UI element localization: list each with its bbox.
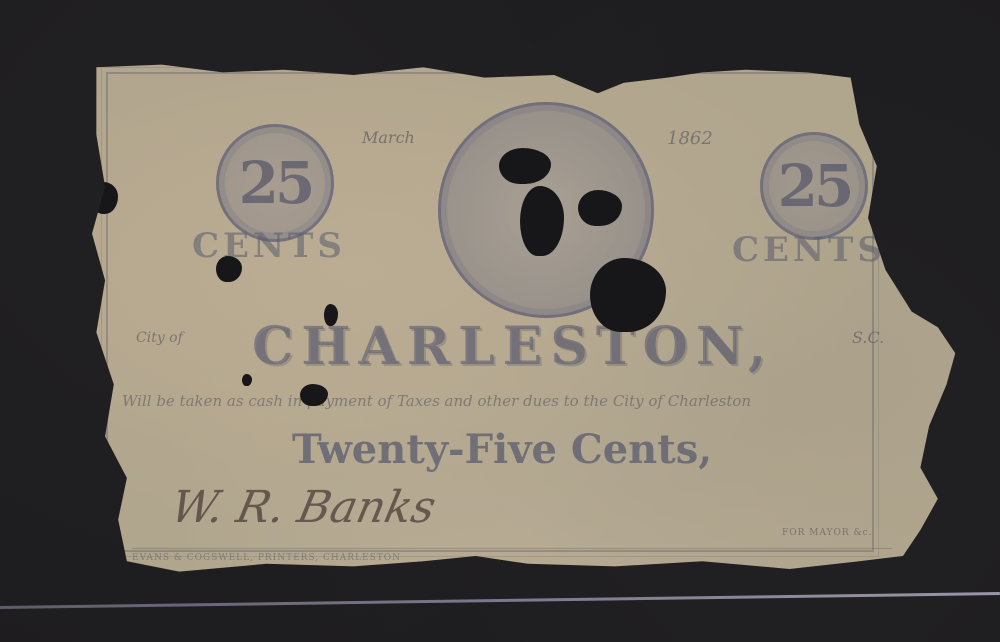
- printer-imprint: EVANS & COGSWELL, PRINTERS, CHARLESTON: [132, 548, 892, 563]
- amount-text: Twenty-Five Cents,: [292, 426, 712, 473]
- date-year: 1862: [667, 128, 713, 149]
- banknote: 25 CENTS 25 CENTS March 1862 City of CHA…: [92, 62, 964, 582]
- cents-label-left: CENTS: [192, 226, 346, 266]
- denomination-medallion-right: 25: [760, 132, 868, 240]
- date-month: March: [362, 128, 415, 147]
- obligation-text: Will be taken as cash in payment of Taxe…: [122, 392, 902, 410]
- denomination-numeral-right: 25: [778, 152, 851, 220]
- denomination-numeral-left: 25: [239, 149, 312, 217]
- denomination-medallion-left: 25: [216, 124, 334, 242]
- city-prefix: City of: [136, 330, 183, 346]
- signature-caption: FOR MAYOR &c.: [782, 528, 872, 538]
- signature: W. R. Banks: [167, 482, 441, 533]
- city-suffix: S.C.: [852, 328, 884, 347]
- cents-label-right: CENTS: [732, 230, 886, 270]
